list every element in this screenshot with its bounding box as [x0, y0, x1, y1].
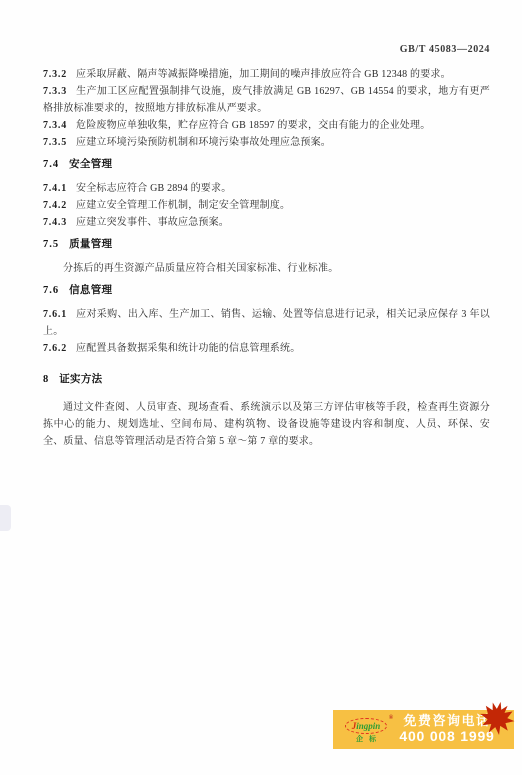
section-heading-7-6: 7.6信息管理 — [43, 282, 490, 299]
heading-title: 安全管理 — [69, 159, 112, 170]
section-heading-7-4: 7.4安全管理 — [43, 156, 490, 173]
clause-number: 7.3.3 — [43, 86, 67, 97]
clause-text: 应建立环境污染预防机制和环境污染事故处理应急预案。 — [76, 137, 331, 148]
clause-text: 应采取屏蔽、隔声等减振降噪措施，加工期间的噪声排放应符合 GB 12348 的要… — [76, 69, 451, 80]
paragraph-7-5: 分拣后的再生资源产品质量应符合相关国家标准、行业标准。 — [43, 260, 490, 277]
standard-document-page: GB/T 45083—2024 7.3.2应采取屏蔽、隔声等减振降噪措施，加工期… — [0, 0, 522, 775]
standard-number-header: GB/T 45083—2024 — [400, 44, 490, 55]
section-heading-7-5: 7.5质量管理 — [43, 236, 490, 253]
clause-7-4-1: 7.4.1安全标志应符合 GB 2894 的要求。 — [43, 180, 490, 197]
heading-title: 信息管理 — [69, 285, 112, 296]
clause-text: 生产加工区应配置强制排气设施，废气排放满足 GB 16297、GB 14554 … — [43, 86, 490, 114]
clause-text: 安全标志应符合 GB 2894 的要求。 — [76, 183, 231, 194]
clause-number: 7.4.3 — [43, 217, 67, 228]
heading-title: 证实方法 — [59, 374, 102, 385]
chapter-heading-8: 8证实方法 — [43, 371, 490, 388]
clause-number: 7.4.1 — [43, 183, 67, 194]
clause-number: 7.6.1 — [43, 309, 67, 320]
clause-number: 7.3.2 — [43, 69, 67, 80]
heading-number: 8 — [43, 374, 49, 385]
consultation-hotline-banner: Jingpin® 企标 免费咨询电话 400 008 1999 — [333, 710, 514, 749]
clause-text: 应建立突发事件、事故应急预案。 — [76, 217, 229, 228]
scan-artifact-smudge — [0, 505, 11, 531]
clause-7-4-2: 7.4.2应建立安全管理工作机制，制定安全管理制度。 — [43, 197, 490, 214]
registered-trademark-icon: ® — [389, 714, 393, 723]
heading-number: 7.6 — [43, 285, 59, 296]
clause-number: 7.3.5 — [43, 137, 67, 148]
clause-7-3-4: 7.3.4危险废物应单独收集，贮存应符合 GB 18597 的要求，交由有能力的… — [43, 117, 490, 134]
logo-script-text: ingpin — [356, 721, 380, 731]
clause-number: 7.3.4 — [43, 120, 67, 131]
clause-7-4-3: 7.4.3应建立突发事件、事故应急预案。 — [43, 214, 490, 231]
clause-number: 7.6.2 — [43, 343, 67, 354]
jingpin-logo-oval: Jingpin® — [345, 718, 388, 734]
clause-text: 应配置具备数据采集和统计功能的信息管理系统。 — [76, 343, 300, 354]
document-body: 7.3.2应采取屏蔽、隔声等减振降噪措施，加工期间的噪声排放应符合 GB 123… — [43, 66, 490, 450]
clause-text: 应对采购、出入库、生产加工、销售、运输、处置等信息进行记录，相关记录应保存 3 … — [43, 309, 490, 337]
clause-text: 应建立安全管理工作机制，制定安全管理制度。 — [76, 200, 290, 211]
clause-7-6-2: 7.6.2应配置具备数据采集和统计功能的信息管理系统。 — [43, 340, 490, 357]
heading-number: 7.4 — [43, 159, 59, 170]
maple-leaf-shape — [477, 698, 518, 737]
clause-7-6-1: 7.6.1应对采购、出入库、生产加工、销售、运输、处置等信息进行记录，相关记录应… — [43, 306, 490, 340]
clause-7-3-3: 7.3.3生产加工区应配置强制排气设施，废气排放满足 GB 16297、GB 1… — [43, 83, 490, 117]
logo-caption: 企标 — [338, 736, 394, 743]
clause-7-3-2: 7.3.2应采取屏蔽、隔声等减振降噪措施，加工期间的噪声排放应符合 GB 123… — [43, 66, 490, 83]
paragraph-8: 通过文件查阅、人员审查、现场查看、系统演示以及第三方评估审核等手段，检查再生资源… — [43, 399, 490, 450]
clause-7-3-5: 7.3.5应建立环境污染预防机制和环境污染事故处理应急预案。 — [43, 134, 490, 151]
jingpin-logo: Jingpin® 企标 — [338, 717, 394, 743]
heading-title: 质量管理 — [69, 239, 112, 250]
clause-number: 7.4.2 — [43, 200, 67, 211]
heading-number: 7.5 — [43, 239, 59, 250]
clause-text: 危险废物应单独收集，贮存应符合 GB 18597 的要求，交由有能力的企业处理。 — [76, 120, 430, 131]
